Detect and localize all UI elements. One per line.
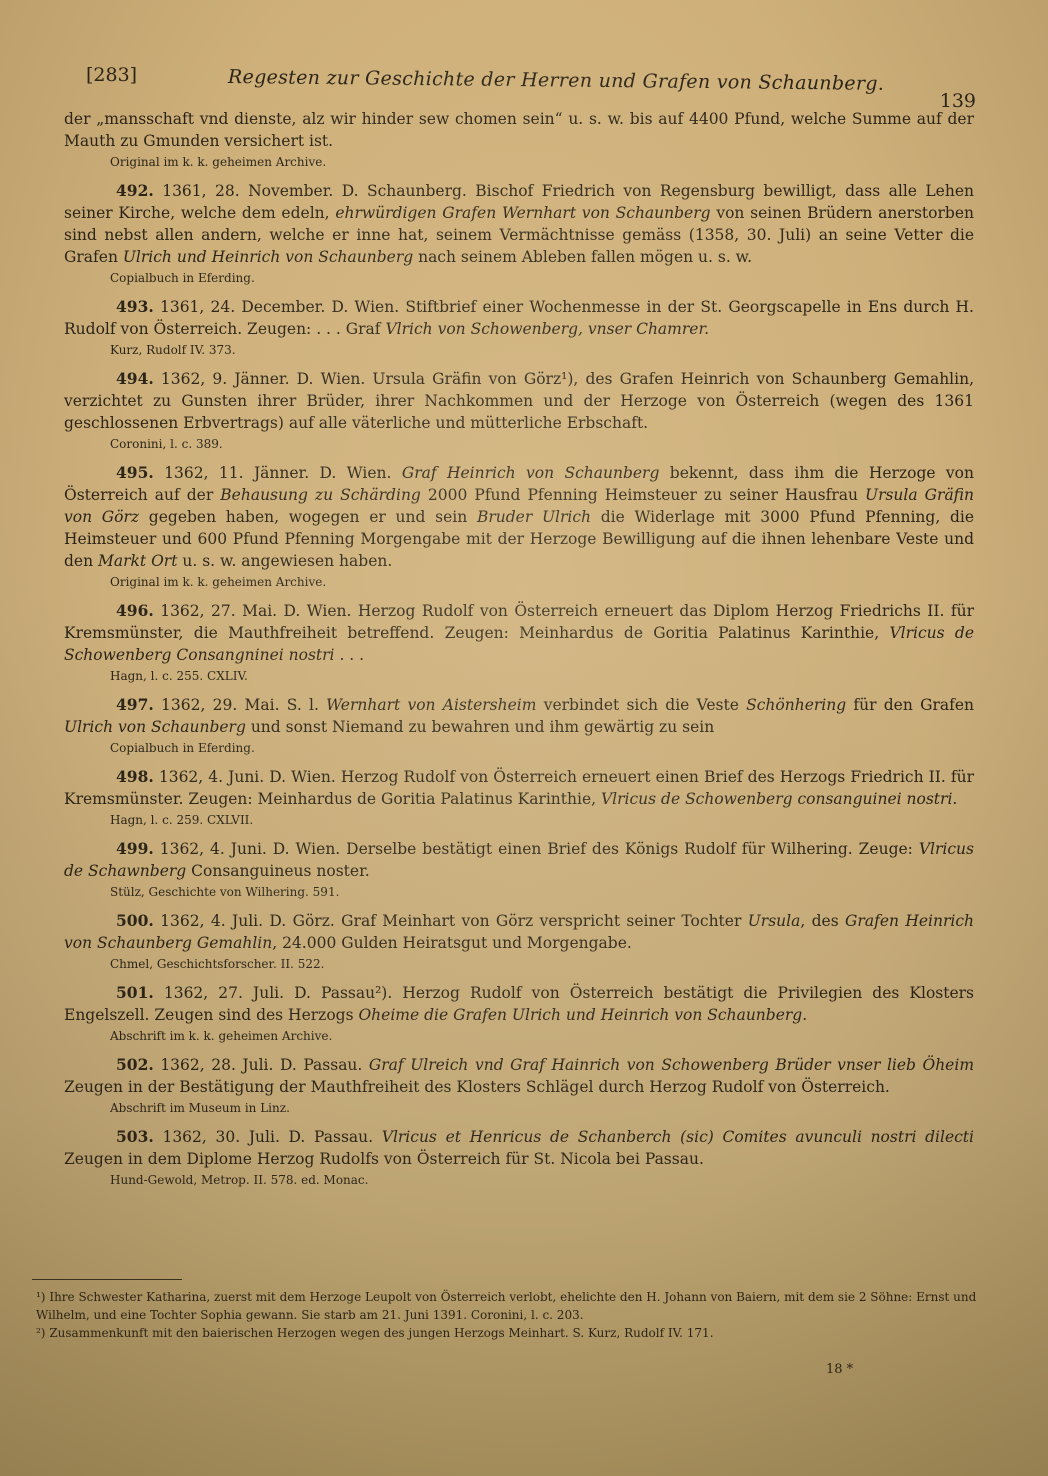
entry-text: 2000 Pfund Pfenning Heimsteuer zu seiner… <box>421 486 865 504</box>
entry-italic: Graf Heinrich von Schaunberg <box>402 464 660 482</box>
signature-mark: 18 * <box>826 1362 853 1377</box>
regest-entry-495: 495. 1362, 11. Jänner. D. Wien. Graf Hei… <box>64 462 974 590</box>
entry-number: 499. <box>116 839 154 858</box>
entry-italic: Ulrich und Heinrich von Schaunberg <box>123 248 413 266</box>
footnote-2: ²) Zusammenkunft mit den baierischen Her… <box>36 1324 986 1342</box>
footnote-mark: ¹) <box>36 1290 46 1304</box>
entry-text: 1362, 29. Mai. S. l. <box>161 696 326 714</box>
page-header: [283] Regesten zur Geschichte der Herren… <box>86 64 976 104</box>
entry-text: 1362, 4. Juli. D. Görz. Graf Meinhart vo… <box>160 912 748 930</box>
entry-text: . . . <box>335 646 365 664</box>
entry-italic: Ulrich von Schaunberg <box>64 718 246 736</box>
entry-number: 500. <box>116 911 154 930</box>
entry-number: 492. <box>116 181 154 200</box>
entry-source: Stülz, Geschichte von Wilhering. 591. <box>110 884 974 900</box>
entry-number: 495. <box>116 463 154 482</box>
entry-source: Kurz, Rudolf IV. 373. <box>110 342 974 358</box>
entry-italic: Vlrich von Schowenberg, vnser Chamrer. <box>385 320 709 338</box>
entry-text: und sonst Niemand zu bewahren und ihm ge… <box>246 718 714 736</box>
entry-number: 498. <box>116 767 154 786</box>
page-ref: [283] <box>86 64 137 86</box>
footnote-text: Zusammenkunft mit den baierischen Herzog… <box>49 1326 713 1340</box>
intro-source: Original im k. k. geheimen Archive. <box>110 154 974 170</box>
running-title: Regesten zur Geschichte der Herren und G… <box>228 66 884 95</box>
entry-source: Abschrift im Museum in Linz. <box>110 1100 974 1116</box>
entry-text: Zeugen in dem Diplome Herzog Rudolfs von… <box>64 1150 704 1168</box>
entry-italic: Vlricus de Schowenberg consanguinei nost… <box>601 790 957 808</box>
entry-source: Coronini, l. c. 389. <box>110 436 974 452</box>
entry-text: , 24.000 Gulden Heiratsgut und Morgengab… <box>272 934 632 952</box>
regest-entry-499: 499. 1362, 4. Juni. D. Wien. Derselbe be… <box>64 838 974 900</box>
regest-entry-494: 494. 1362, 9. Jänner. D. Wien. Ursula Gr… <box>64 368 974 452</box>
book-page: [283] Regesten zur Geschichte der Herren… <box>0 0 1048 1476</box>
entry-text: gegeben haben, wogegen er und sein <box>139 508 477 526</box>
entry-text: Consanguineus noster. <box>186 862 369 880</box>
intro-text: der „mansschaft vnd dienste, alz wir hin… <box>64 108 974 152</box>
entry-source: Hagn, l. c. 259. CXLVII. <box>110 812 974 828</box>
entry-text: 1362, 4. Juni. D. Wien. Derselbe bestäti… <box>160 840 919 858</box>
entry-text: verbindet sich die Veste <box>536 696 746 714</box>
regest-entry-497: 497. 1362, 29. Mai. S. l. Wernhart von A… <box>64 694 974 756</box>
entry-text: 1362, 27. Mai. D. Wien. Herzog Rudolf vo… <box>64 602 974 642</box>
entry-italic: Schönhering <box>746 696 846 714</box>
footnote-text: Ihre Schwester Katharina, zuerst mit dem… <box>36 1290 976 1322</box>
page-body: der „mansschaft vnd dienste, alz wir hin… <box>64 108 974 1198</box>
entry-number: 502. <box>116 1055 154 1074</box>
entry-text: 1362, 9. Jänner. D. Wien. Ursula Gräfin … <box>64 370 974 432</box>
entry-source: Chmel, Geschichtsforscher. II. 522. <box>110 956 974 972</box>
entry-italic: Markt Ort <box>98 552 177 570</box>
regest-entry-500: 500. 1362, 4. Juli. D. Görz. Graf Meinha… <box>64 910 974 972</box>
footnote-1: ¹) Ihre Schwester Katharina, zuerst mit … <box>36 1288 986 1324</box>
entry-text: 1362, 28. Juli. D. Passau. <box>160 1056 369 1074</box>
entry-text: 1362, 30. Juli. D. Passau. <box>162 1128 381 1146</box>
entry-italic: Behausung zu Schärding <box>220 486 421 504</box>
entry-text: , des <box>800 912 845 930</box>
entry-italic: Graf Ulreich vnd Graf Hainrich von Schow… <box>369 1056 974 1074</box>
entry-source: Hund-Gewold, Metrop. II. 578. ed. Monac. <box>110 1172 974 1188</box>
entry-source: Original im k. k. geheimen Archive. <box>110 574 974 590</box>
entry-italic: Oheime die Grafen Ulrich und Heinrich vo… <box>358 1006 807 1024</box>
entry-italic: Ursula <box>748 912 801 930</box>
entry-text: u. s. w. angewiesen haben. <box>177 552 392 570</box>
entry-number: 494. <box>116 369 154 388</box>
entry-source: Hagn, l. c. 255. CXLIV. <box>110 668 974 684</box>
regest-entry-493: 493. 1361, 24. December. D. Wien. Stiftb… <box>64 296 974 358</box>
entry-text: für den Grafen <box>846 696 974 714</box>
footnotes: ¹) Ihre Schwester Katharina, zuerst mit … <box>36 1288 986 1342</box>
entry-number: 493. <box>116 297 154 316</box>
entry-italic: Bruder Ulrich <box>477 508 591 526</box>
entry-source: Copialbuch in Eferding. <box>110 740 974 756</box>
entry-source: Abschrift im k. k. geheimen Archive. <box>110 1028 974 1044</box>
entry-text: nach seinem Ableben fallen mögen u. s. w… <box>413 248 752 266</box>
entry-italic: ehrwürdigen Grafen Wernhart von Schaunbe… <box>335 204 710 222</box>
entry-source: Copialbuch in Eferding. <box>110 270 974 286</box>
regest-entry-503: 503. 1362, 30. Juli. D. Passau. Vlricus … <box>64 1126 974 1188</box>
regest-entry-502: 502. 1362, 28. Juli. D. Passau. Graf Ulr… <box>64 1054 974 1116</box>
entry-number: 501. <box>116 983 154 1002</box>
regest-entry-492: 492. 1361, 28. November. D. Schaunberg. … <box>64 180 974 286</box>
entry-number: 497. <box>116 695 154 714</box>
footnote-mark: ²) <box>36 1326 46 1340</box>
entry-number: 496. <box>116 601 154 620</box>
regest-entry-501: 501. 1362, 27. Juli. D. Passau²). Herzog… <box>64 982 974 1044</box>
entry-italic: Wernhart von Aistersheim <box>326 696 536 714</box>
regest-entry-496: 496. 1362, 27. Mai. D. Wien. Herzog Rudo… <box>64 600 974 684</box>
entry-text: Zeugen in der Bestätigung der Mauthfreih… <box>64 1078 890 1096</box>
entry-text: 1362, 11. Jänner. D. Wien. <box>164 464 402 482</box>
footnote-divider <box>32 1279 182 1280</box>
entry-number: 503. <box>116 1127 154 1146</box>
regest-entry-498: 498. 1362, 4. Juni. D. Wien. Herzog Rudo… <box>64 766 974 828</box>
entry-italic: Vlricus et Henricus de Schanberch (sic) … <box>382 1128 974 1146</box>
